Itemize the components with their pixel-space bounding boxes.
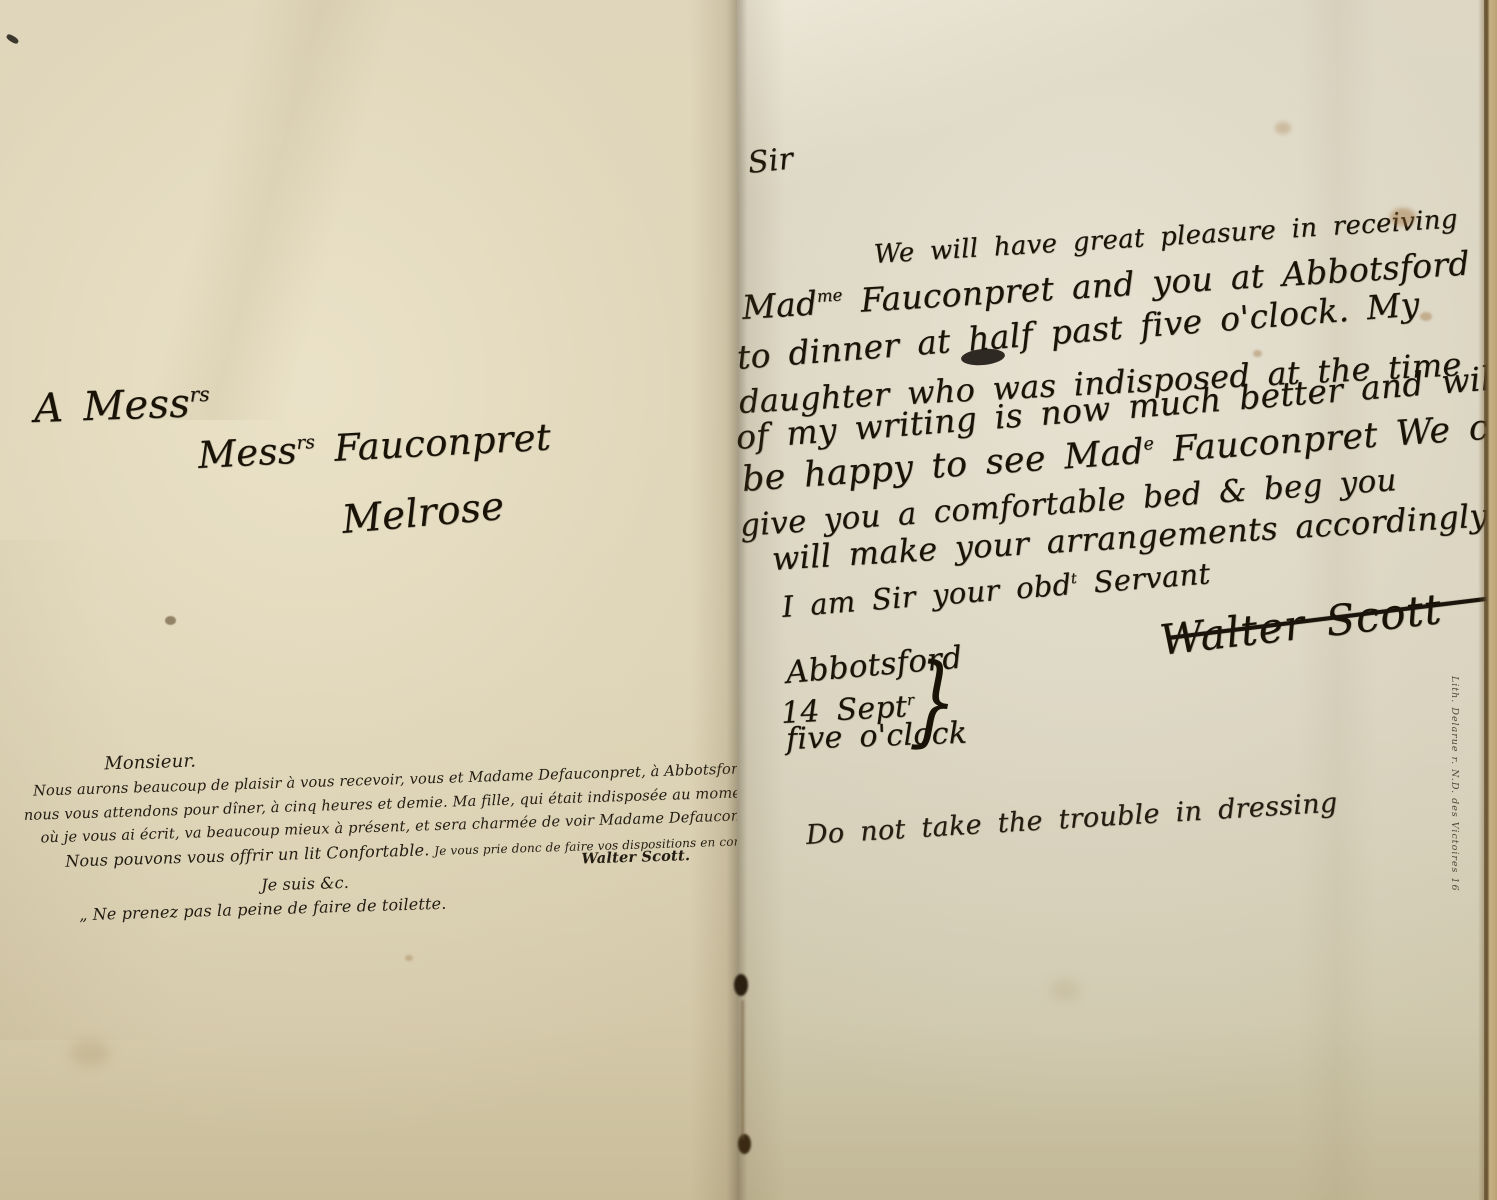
left-page: A Messrs Messrs Fauconpret Melrose Monsi… xyxy=(0,0,737,1200)
address-line-2-text: Mess xyxy=(197,429,298,477)
address-line-1-text: A Mess xyxy=(33,381,191,432)
address-line-2: Messrs Fauconpret xyxy=(197,416,552,477)
address-line-2-rest: Fauconpret xyxy=(314,416,552,471)
printed-french-translation: Monsieur. Nous aurons beaucoup de plaisi… xyxy=(22,734,742,941)
address-line-3: Melrose xyxy=(340,484,506,543)
french-postscript: „ Ne prenez pas la peine de faire de toi… xyxy=(79,894,447,925)
paper-crease xyxy=(0,0,737,420)
dateline-date-superscript: r xyxy=(906,691,914,709)
book-spread-scan: A Messrs Messrs Fauconpret Melrose Monsi… xyxy=(0,0,1497,1200)
french-salutation: Monsieur. xyxy=(104,751,196,775)
dateline-time: five o'clock xyxy=(785,716,967,757)
letter-line-2-superscript: me xyxy=(816,285,843,306)
french-line-4a: Nous pouvons vous offrir un lit Conforta… xyxy=(65,840,430,870)
book-gutter-fold xyxy=(690,0,786,1200)
page-edge xyxy=(1478,0,1497,1200)
french-signature: Walter Scott. xyxy=(581,847,690,867)
address-line-2-superscript: rs xyxy=(296,432,315,454)
address-line-1: A Messrs xyxy=(33,380,210,432)
french-closing: Je suis &c. xyxy=(261,873,349,895)
printer-imprint: Lith. Delarue r. N.D. des Victoires 16 xyxy=(1444,676,1460,856)
address-line-1-superscript: rs xyxy=(189,382,210,407)
